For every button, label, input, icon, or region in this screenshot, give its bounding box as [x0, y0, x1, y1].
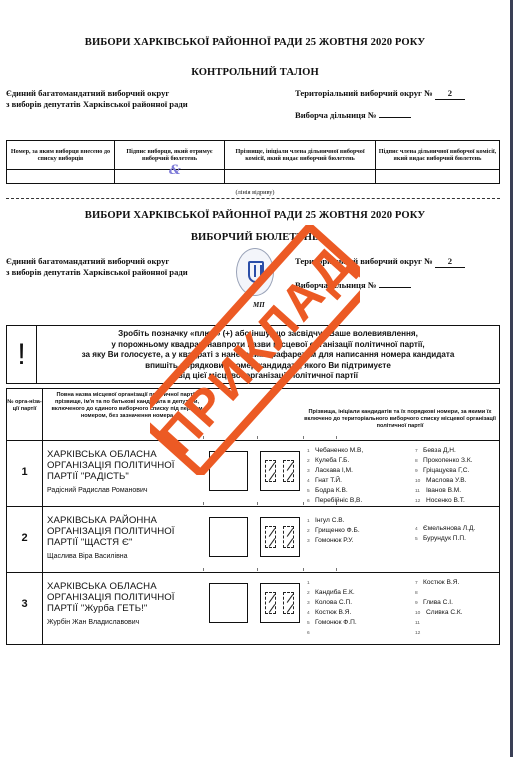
ballot-territorial-district: Територіальний виборчий округ № 2	[295, 256, 465, 268]
party-name-line: ХАРКІВСЬКА ОБЛАСНА	[47, 449, 207, 460]
candidate-name: Костюк В.Я.	[423, 579, 459, 586]
party-number: 3	[7, 573, 42, 636]
coupon-district-line1: Єдиний багатомандатний виборчий округ	[6, 88, 188, 99]
coupon-territorial-number: 2	[435, 88, 465, 100]
party-vote-box[interactable]	[209, 583, 248, 623]
candidate-name: Маслова У.В.	[426, 477, 466, 484]
tick-mark	[303, 502, 304, 505]
candidate-item: 1Інгул С.В.	[307, 517, 360, 527]
ballot-precinct-label: Виборча дільниця №	[295, 280, 376, 290]
candidate-name: Кандиба Е.К.	[315, 589, 355, 596]
candidate-order-number: 2	[307, 458, 315, 467]
tick-mark	[203, 436, 204, 439]
candidate-name: Ласкава І,М.	[315, 467, 353, 474]
tick-mark	[203, 502, 204, 505]
candidate-list: 4Ємельянова Л.Д.5Бурундук П.П.	[415, 525, 475, 545]
candidate-order-number: 11	[415, 620, 426, 629]
candidate-name: Носенко В.Т.	[426, 497, 465, 504]
coupon-district-line2: з виборів депутатів Харківської районної…	[6, 99, 188, 110]
party-leader: Радісний Радислав Романович	[47, 487, 148, 494]
party-name-line: ОРГАНІЗАЦІЯ ПОЛІТИЧНОЇ	[47, 460, 207, 471]
candidate-order-number: 4	[415, 526, 423, 535]
coupon-precinct: Виборча дільниця №	[295, 110, 411, 121]
digit-stencil	[283, 526, 294, 548]
candidate-item: 11Іванов В.М.	[415, 487, 473, 497]
candidate-name: Чебаненко М.В,	[315, 447, 363, 454]
candidate-name: Колова С.П.	[315, 599, 352, 606]
tick-mark	[303, 568, 304, 571]
candidate-name: Костюк В.Я.	[315, 609, 351, 616]
coupon-precinct-number	[379, 117, 411, 118]
candidate-item: 2Кандиба Е.К.	[307, 589, 357, 599]
candidate-item: 3Гомонюк Р.У.	[307, 537, 360, 547]
tick-mark	[257, 568, 258, 571]
tick-mark	[303, 436, 304, 439]
party-leader: Щаслива Віра Василівна	[47, 553, 128, 560]
candidate-list: 12Кандиба Е.К.3Колова С.П.4Костюк В.Я.5Г…	[307, 579, 357, 638]
candidate-item: 1	[307, 579, 357, 589]
party-name-line: ПАРТІЇ "Журба ГЕТЬ!"	[47, 603, 207, 614]
candidate-order-number: 5	[307, 620, 315, 629]
party-row: 2ХАРКІВСЬКА РАЙОННАОРГАНІЗАЦІЯ ПОЛІТИЧНО…	[7, 507, 499, 570]
ballot-precinct-number	[379, 287, 411, 288]
candidate-name: Сливка С.К.	[426, 609, 463, 616]
coupon-territorial-label: Територіальний виборчий округ №	[295, 88, 433, 98]
tick-mark	[336, 502, 337, 505]
party-leader: Журбін Жан Владиславович	[47, 619, 139, 626]
coupon-member-name-cell[interactable]	[225, 170, 376, 184]
candidate-name: Бевза Д,Н.	[423, 447, 456, 454]
candidate-order-number: 9	[415, 600, 423, 609]
candidate-order-number: 1	[307, 518, 315, 527]
candidate-order-number: 7	[415, 580, 423, 589]
coupon-voter-number-cell[interactable]	[7, 170, 115, 184]
candidate-order-number: 5	[415, 536, 423, 545]
ballot-district: Єдиний багатомандатний виборчий округ з …	[6, 256, 188, 278]
candidate-order-number: 8	[415, 458, 423, 467]
candidate-number-box[interactable]	[260, 583, 300, 623]
party-name: ХАРКІВСЬКА РАЙОННАОРГАНІЗАЦІЯ ПОЛІТИЧНОЇ…	[47, 515, 207, 548]
candidate-item: 7Костюк В.Я.	[415, 579, 463, 589]
candidate-order-number: 11	[415, 488, 426, 497]
candidate-item: 2Грищенко Ф.Б.	[307, 527, 360, 537]
candidate-order-number: 10	[415, 478, 426, 487]
instruction-line: Зробіть позначку «плюс» (+) або іншу, що…	[37, 329, 499, 340]
candidate-order-number: 5	[307, 488, 315, 497]
coupon-header-voter-number: Номер, за яким виборця внесено до списку…	[7, 141, 115, 170]
tick-mark	[257, 502, 258, 505]
candidate-name: Бурундук П.П.	[423, 535, 466, 542]
candidate-item: 9Глива С.І.	[415, 599, 463, 609]
candidate-list: 7Бевза Д,Н.8Прокопенко З.К.9Гріцацуєва Г…	[415, 447, 473, 506]
instruction-line: у порожньому квадраті навпроти назви міс…	[37, 340, 499, 351]
party-number: 1	[7, 441, 42, 504]
party-name-line: ОРГАНІЗАЦІЯ ПОЛІТИЧНОЇ	[47, 592, 207, 603]
party-name-line: ХАРКІВСЬКА ОБЛАСНА	[47, 581, 207, 592]
party-name-line: ПАРТІЇ "РАДІСТЬ"	[47, 471, 207, 482]
tick-mark	[203, 568, 204, 571]
candidate-item: 8	[415, 589, 463, 599]
cut-line	[6, 198, 500, 199]
candidate-item: 10Сливка С.К.	[415, 609, 463, 619]
candidate-item: 4Гнат Т.Й.	[307, 477, 363, 487]
candidate-item: 5Бурундук П.П.	[415, 535, 475, 545]
candidate-order-number: 3	[307, 468, 315, 477]
candidate-name: Перебійніс В,В.	[315, 497, 362, 504]
candidate-item: 12	[415, 629, 463, 639]
candidate-number-box[interactable]	[260, 451, 300, 491]
candidate-item: 8Прокопенко З.К.	[415, 457, 473, 467]
candidate-order-number: 1	[307, 580, 315, 589]
candidate-name: Іванов В.М.	[426, 487, 461, 494]
party-vote-box[interactable]	[209, 517, 248, 557]
ballot-precinct: Виборча дільниця №	[295, 280, 411, 291]
candidate-item: 3Ласкава І,М.	[307, 467, 363, 477]
ballot-territorial-number: 2	[435, 256, 465, 268]
digit-stencil	[265, 460, 276, 482]
candidate-name: Гомонюк Р.У.	[315, 537, 353, 544]
candidate-order-number: 12	[415, 498, 426, 507]
candidate-item: 7Бевза Д,Н.	[415, 447, 473, 457]
coupon-member-signature-cell[interactable]	[376, 170, 500, 184]
candidate-order-number: 3	[307, 538, 315, 547]
header-party-number: № орга-ніза-ції партії	[7, 399, 42, 413]
candidate-number-box[interactable]	[260, 517, 300, 557]
candidate-item: 5Гомонюк Ф.П.	[307, 619, 357, 629]
digit-stencil	[283, 460, 294, 482]
candidate-order-number: 1	[307, 448, 315, 457]
candidate-list: 1Чебаненко М.В,2Кулеба Г.Б.3Ласкава І,М.…	[307, 447, 363, 506]
exclamation-icon: !	[7, 326, 37, 383]
candidate-order-number: 7	[415, 448, 423, 457]
instruction-line: за яку Ви голосуєте, а у квадраті з нане…	[37, 350, 499, 361]
candidate-name: Гріцацуєва Г,С.	[423, 467, 469, 474]
candidate-order-number: 4	[307, 478, 315, 487]
candidate-name: Кулеба Г.Б.	[315, 457, 349, 464]
candidate-list: 1Інгул С.В.2Грищенко Ф.Б.3Гомонюк Р.У.	[307, 517, 360, 547]
candidate-item: 11	[415, 619, 463, 629]
candidate-name: Інгул С.В.	[315, 517, 345, 524]
candidate-item: 6	[307, 629, 357, 639]
candidate-name: Бодра К.В.	[315, 487, 348, 494]
party-vote-box[interactable]	[209, 451, 248, 491]
instruction-text: Зробіть позначку «плюс» (+) або іншу, що…	[37, 329, 499, 382]
ballot-district-line1: Єдиний багатомандатний виборчий округ	[6, 256, 188, 267]
candidate-item: 2Кулеба Г.Б.	[307, 457, 363, 467]
instruction-line: від цієї місцевої організації політичної…	[37, 371, 499, 382]
candidate-order-number: 10	[415, 610, 426, 619]
trident-icon	[248, 261, 264, 283]
party-row: 1ХАРКІВСЬКА ОБЛАСНАОРГАНІЗАЦІЯ ПОЛІТИЧНО…	[7, 441, 499, 504]
party-name: ХАРКІВСЬКА ОБЛАСНАОРГАНІЗАЦІЯ ПОЛІТИЧНОЇ…	[47, 581, 207, 614]
voter-signature: &	[169, 167, 181, 175]
tick-mark	[257, 436, 258, 439]
ballot-election-title: ВИБОРИ ХАРКІВСЬКОЇ РАЙОННОЇ РАДИ 25 ЖОВТ…	[0, 210, 510, 221]
ballot-page: ВИБОРИ ХАРКІВСЬКОЇ РАЙОННОЇ РАДИ 25 ЖОВТ…	[0, 0, 510, 757]
coat-of-arms-seal-icon	[236, 248, 274, 296]
party-name-line: ХАРКІВСЬКА РАЙОННА	[47, 515, 207, 526]
coupon-table: Номер, за яким виборця внесено до списку…	[6, 140, 500, 184]
coupon-header-member-name: Прізвище, ініціали члена дільничної вибо…	[225, 141, 376, 170]
candidate-item: 12Носенко В.Т.	[415, 497, 473, 507]
candidate-name: Гомонюк Ф.П.	[315, 619, 357, 626]
candidate-order-number: 2	[307, 590, 315, 599]
candidate-name: Ємельянова Л.Д.	[423, 525, 475, 532]
party-name-line: ПАРТІЇ "ЩАСТЯ Є"	[47, 537, 207, 548]
coupon-section-title: КОНТРОЛЬНИЙ ТАЛОН	[0, 67, 510, 78]
ballot-section-title: ВИБОРЧИЙ БЮЛЕТЕНЬ	[0, 232, 510, 243]
candidate-order-number: 12	[415, 630, 426, 639]
coupon-precinct-label: Виборча дільниця №	[295, 110, 376, 120]
voting-instructions: ! Зробіть позначку «плюс» (+) або іншу, …	[6, 325, 500, 384]
candidate-name: Прокопенко З.К.	[423, 457, 473, 464]
party-number: 2	[7, 507, 42, 570]
ballot-territorial-label: Територіальний виборчий округ №	[295, 256, 433, 266]
party-name-line: ОРГАНІЗАЦІЯ ПОЛІТИЧНОЇ	[47, 526, 207, 537]
candidate-item: 3Колова С.П.	[307, 599, 357, 609]
candidate-list: 7Костюк В.Я.89Глива С.І.10Сливка С.К.111…	[415, 579, 463, 638]
coupon-territorial-district: Територіальний виборчий округ № 2	[295, 88, 465, 100]
candidate-item: 10Маслова У.В.	[415, 477, 473, 487]
candidate-name: Глива С.І.	[423, 599, 453, 606]
tick-mark	[336, 436, 337, 439]
party-name: ХАРКІВСЬКА ОБЛАСНАОРГАНІЗАЦІЯ ПОЛІТИЧНОЇ…	[47, 449, 207, 482]
coupon-election-title: ВИБОРИ ХАРКІВСЬКОЇ РАЙОННОЇ РАДИ 25 ЖОВТ…	[0, 37, 510, 48]
digit-stencil	[265, 526, 276, 548]
candidate-order-number: 9	[415, 468, 423, 477]
candidate-item: 4Ємельянова Л.Д.	[415, 525, 475, 535]
header-party-name: Повна назва місцевої організації політич…	[47, 392, 207, 420]
candidate-order-number: 6	[307, 630, 315, 639]
candidate-order-number: 8	[415, 590, 423, 599]
coupon-header-member-signature: Підпис члена дільничної виборчої комісії…	[376, 141, 500, 170]
tick-mark	[336, 568, 337, 571]
coupon-district: Єдиний багатомандатний виборчий округ з …	[6, 88, 188, 110]
digit-stencil	[283, 592, 294, 614]
party-row: 3ХАРКІВСЬКА ОБЛАСНАОРГАНІЗАЦІЯ ПОЛІТИЧНО…	[7, 573, 499, 636]
candidate-order-number: 4	[307, 610, 315, 619]
cut-line-label: (лінія відриву)	[0, 189, 510, 196]
instruction-line: впишіть порядковий номер кандидата, яког…	[37, 361, 499, 372]
ballot-district-line2: з виборів депутатів Харківської районної…	[6, 267, 188, 278]
candidate-item: 9Гріцацуєва Г,С.	[415, 467, 473, 477]
digit-stencil	[265, 592, 276, 614]
candidate-item: 5Бодра К.В.	[307, 487, 363, 497]
party-table: № орга-ніза-ції партії Повна назва місце…	[6, 388, 500, 645]
candidate-order-number: 2	[307, 528, 315, 537]
coupon-voter-signature-cell[interactable]: &	[115, 170, 225, 184]
candidate-name: Грищенко Ф.Б.	[315, 527, 360, 534]
seal-label: МП	[253, 301, 265, 309]
candidate-order-number: 3	[307, 600, 315, 609]
candidate-order-number: 6	[307, 498, 315, 507]
candidate-item: 1Чебаненко М.В,	[307, 447, 363, 457]
header-candidate-list: Прізвища, ініціали кандидатів та їх поря…	[302, 409, 498, 430]
candidate-item: 4Костюк В.Я.	[307, 609, 357, 619]
candidate-name: Гнат Т.Й.	[315, 477, 342, 484]
